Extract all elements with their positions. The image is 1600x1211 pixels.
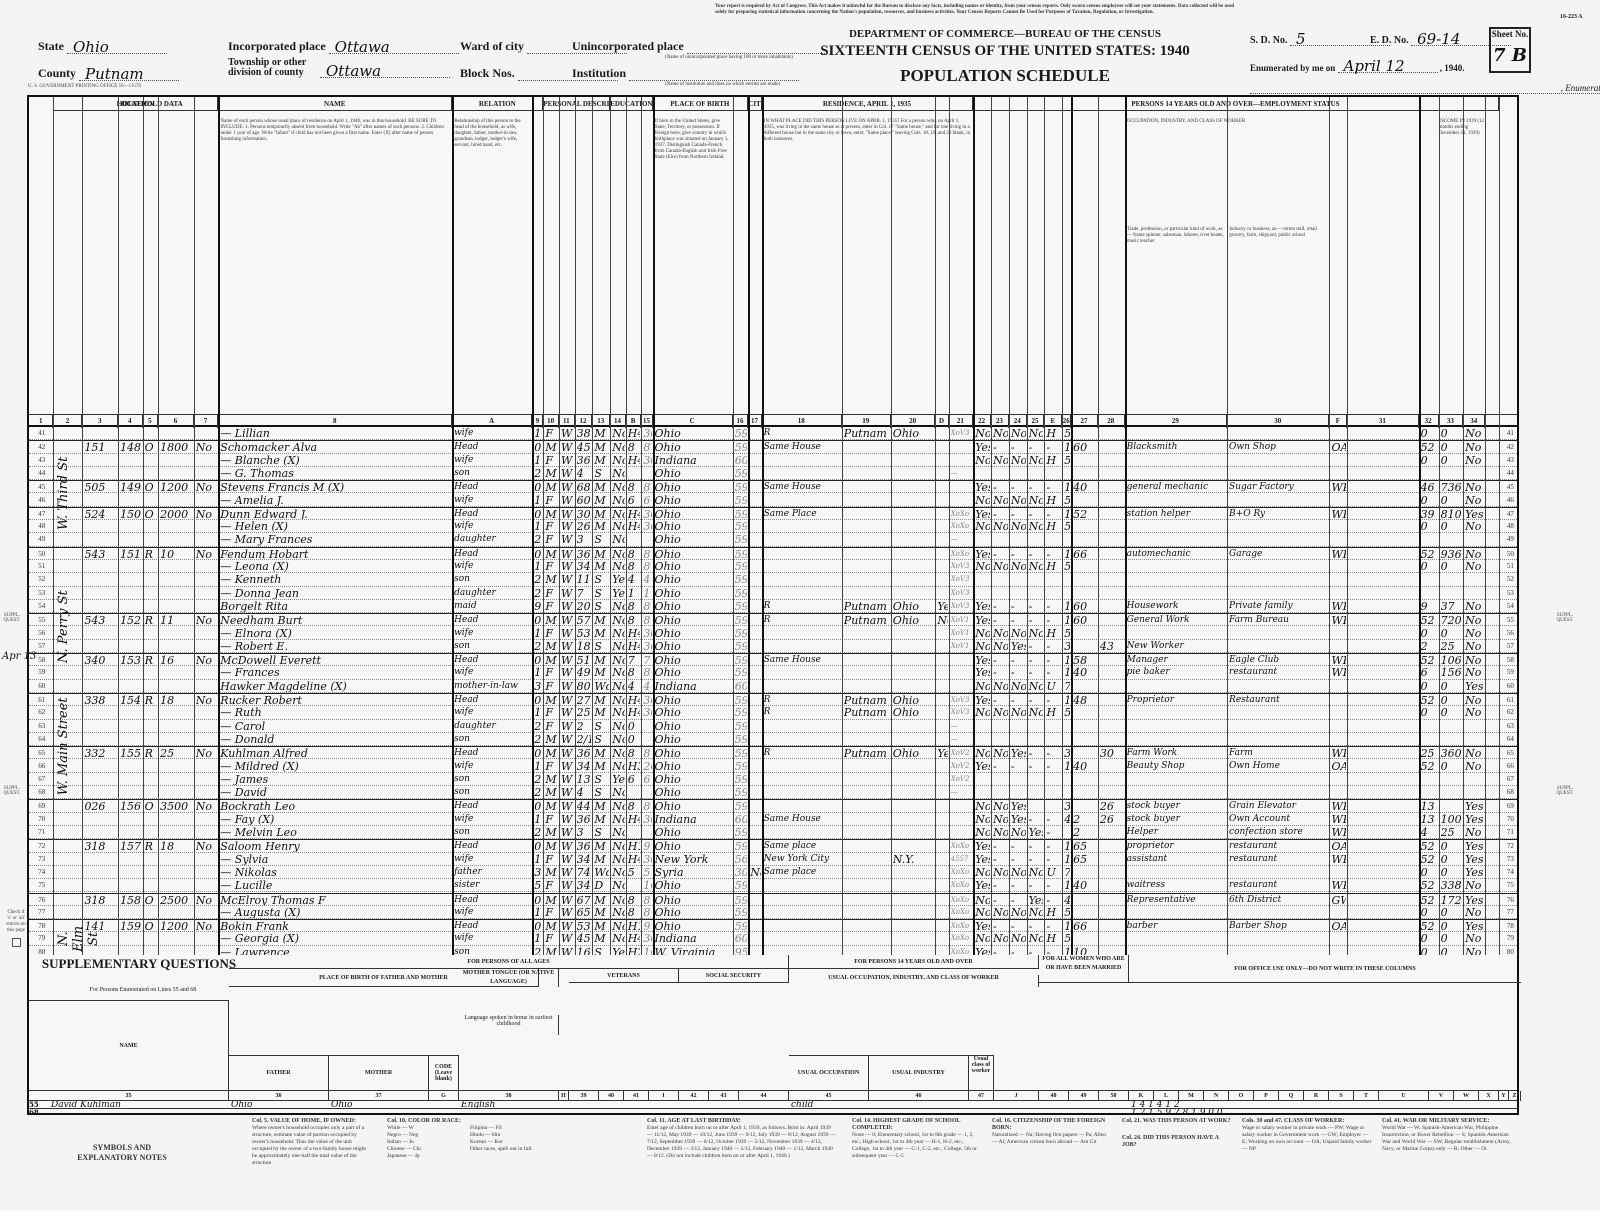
cell-birth: Ohio — [655, 481, 732, 492]
cell-birth: Ohio — [655, 906, 732, 918]
cell-name: — Amelia J. — [220, 494, 451, 506]
cell-sch: No — [612, 441, 625, 452]
cell-code: 3 — [534, 866, 542, 878]
cell-sch: No — [612, 467, 625, 479]
cell-c22: - — [993, 508, 1008, 519]
cell-grade: 6 — [628, 773, 641, 785]
cell-d: XoXo — [951, 866, 972, 878]
line-number: 61 — [1501, 694, 1520, 705]
cell-c26: 48 — [1073, 694, 1097, 705]
grid-line — [1419, 97, 1421, 955]
cell-res17: R — [764, 706, 841, 718]
cell-c23: No — [1011, 906, 1026, 918]
supplementary-line-tag: SUPPL. QUEST. — [1555, 613, 1575, 623]
cell-code: 0 — [534, 840, 542, 851]
cell-sex: M — [545, 441, 558, 452]
cell-race: W — [561, 508, 574, 519]
cell-c31: 0 — [1421, 866, 1438, 878]
cell-c25: - — [1046, 694, 1061, 705]
cell-c22: - — [993, 481, 1008, 492]
cell-sex: F — [545, 760, 558, 772]
cell-e: 1 — [1064, 920, 1070, 931]
street-name-label: N. Perry St — [56, 560, 71, 693]
cell-race: W — [561, 573, 574, 585]
grid-line — [626, 97, 627, 955]
cell-ms: M — [594, 747, 609, 758]
cell-c32: 0 — [1441, 560, 1462, 572]
line-number: 73 — [31, 853, 52, 865]
line-number: 50 — [31, 548, 52, 559]
supplementary-line-tag: SUPPL. QUEST. — [2, 613, 22, 623]
cell-age: 36 — [577, 840, 592, 851]
line-number: 54 — [31, 600, 52, 612]
cell-age: 45 — [577, 932, 592, 944]
cell-c33: No — [1465, 600, 1484, 612]
line-number: 42 — [31, 441, 52, 452]
cell-sch: No — [612, 786, 625, 798]
cell-name: Hawker Magdeline (X) — [220, 680, 451, 692]
line-number: 41 — [1501, 427, 1520, 439]
cell-sex: M — [545, 548, 558, 559]
cell-d: XoV3 — [951, 573, 972, 585]
cell-sch: No — [612, 548, 625, 559]
cell-ms: M — [594, 800, 609, 811]
grid-line — [733, 97, 734, 955]
cell-age: 45 — [577, 441, 592, 452]
cell-race: W — [561, 614, 574, 625]
cell-res17: R — [764, 600, 841, 612]
cell-age: 2/12 — [577, 733, 592, 745]
cell-d: XoV3 — [951, 560, 972, 572]
industry-examples: Industry or business, as— cotton mill, r… — [1229, 227, 1329, 239]
cell-c21: Yes — [975, 920, 990, 931]
supp-mother-header: MOTHER — [329, 1055, 429, 1090]
cell-age: 36 — [577, 454, 592, 466]
cell-val: 1800 — [160, 441, 193, 452]
cell-ind: Own Account — [1229, 813, 1328, 825]
cell-cc: 59 — [735, 800, 748, 811]
cell-rel: wife — [454, 813, 531, 825]
cell-c25: U — [1046, 680, 1061, 692]
cell-d: XoV3 — [951, 706, 972, 718]
cell-c33: No — [1465, 694, 1484, 705]
cell-birth: Ohio — [655, 520, 732, 532]
cell-d: XoXo — [951, 920, 972, 931]
cell-sex: F — [545, 720, 558, 732]
cell-cc: 59 — [735, 640, 748, 652]
cell-sch: No — [612, 733, 625, 745]
race-code-item: Chinese — Chi — [387, 1146, 464, 1153]
township-field: Ottawa — [320, 62, 450, 78]
cell-age: 34 — [577, 560, 592, 572]
race-code-item: Other races, spell out in full. — [470, 1146, 547, 1153]
cell-grade: 8 — [628, 894, 641, 905]
cell-c31: 0 — [1421, 454, 1438, 466]
note-col10-header: Col. 10. COLOR OR RACE: — [387, 1118, 547, 1125]
note-col10-list: White — WNegro — NegIndian — InChinese —… — [387, 1125, 547, 1160]
cell-own: R — [145, 747, 158, 758]
enumerated-year: , 1940. — [1440, 63, 1465, 73]
cell-c23: - — [1011, 694, 1026, 705]
cell-sex: F — [545, 600, 558, 612]
cell-res19: Ohio — [893, 747, 935, 758]
cell-occ: Housework — [1127, 600, 1226, 612]
cell-res20: No — [937, 614, 947, 625]
cell-c21: No — [975, 813, 990, 825]
cell-ms: S — [594, 600, 609, 612]
incorporated-place-field: Incorporated place Ottawa — [228, 38, 459, 54]
line-number: 73 — [1501, 853, 1520, 865]
cell-code: 1 — [534, 427, 542, 439]
cell-c24: - — [1029, 441, 1044, 452]
cell-cc: 59 — [735, 467, 748, 479]
cell-c26: 2 — [1073, 813, 1097, 825]
cell-c21: No — [975, 894, 990, 905]
cell-house: 505 — [84, 481, 117, 492]
grid-line — [1098, 97, 1099, 955]
cell-c22: No — [993, 906, 1008, 918]
cell-d: XoXo — [951, 840, 972, 851]
cell-c33: No — [1465, 654, 1484, 665]
form-titles: DEPARTMENT OF COMMERCE—BUREAU OF THE CEN… — [820, 28, 1190, 86]
cell-c26: 40 — [1073, 879, 1097, 891]
cell-code: 0 — [534, 747, 542, 758]
table-row: 61338154R18NoRucker RobertHead0MW27MNoH4… — [29, 693, 1517, 706]
cell-code: 2 — [534, 587, 542, 599]
cell-rel: father — [454, 866, 531, 878]
cell-c33: No — [1465, 826, 1484, 838]
grid-line — [1027, 97, 1028, 955]
cell-sex: M — [545, 640, 558, 652]
cell-birth: Ohio — [655, 427, 732, 439]
cell-c23: - — [1011, 879, 1026, 891]
cell-grade: 8 — [628, 481, 641, 492]
block-label: Block Nos. — [460, 66, 515, 80]
cell-c26: 40 — [1073, 666, 1097, 678]
cell-grade: 1 — [628, 587, 641, 599]
cell-bc: 30 — [643, 640, 651, 652]
cell-c21: No — [975, 706, 990, 718]
cell-c22: - — [993, 666, 1008, 678]
cell-ind: Eagle Club — [1229, 654, 1328, 665]
cell-c23: - — [1011, 481, 1026, 492]
cell-c33: No — [1465, 666, 1484, 678]
cell-name: — Helen (X) — [220, 520, 451, 532]
cell-c23: - — [1011, 614, 1026, 625]
line-number: 62 — [1501, 706, 1520, 718]
cell-age: 68 — [577, 481, 592, 492]
cell-rel: son — [454, 573, 531, 585]
cell-sex: M — [545, 773, 558, 785]
note-col30: Cols. 30 and 47. CLASS OF WORKER: Wage o… — [1242, 1118, 1372, 1153]
grid-line — [1125, 97, 1127, 955]
cell-rel: wife — [454, 853, 531, 865]
cell-ms: M — [594, 427, 609, 439]
cell-ms: M — [594, 932, 609, 944]
cell-birth: Ohio — [655, 467, 732, 479]
cell-c31: 39 — [1421, 508, 1438, 519]
cell-grade: 4 — [628, 680, 641, 692]
cell-age: 13 — [577, 773, 592, 785]
cell-c24: No — [1029, 627, 1044, 639]
cell-c26: 60 — [1073, 614, 1097, 625]
cell-race: W — [561, 920, 574, 931]
grid-line — [1044, 97, 1045, 955]
cell-c23: - — [1011, 920, 1026, 931]
cell-val: 1200 — [160, 481, 193, 492]
cell-res17: Same place — [764, 866, 841, 878]
cell-age: 49 — [577, 666, 592, 678]
cell-sch: No — [612, 640, 625, 652]
cell-cc: 59 — [735, 706, 748, 718]
cell-res18: Putnam — [844, 706, 890, 718]
note-col5-text: Where owner's household occupies only a … — [252, 1125, 372, 1167]
cell-sex: F — [545, 494, 558, 506]
line-number: 68 — [31, 786, 52, 798]
cell-age: 38 — [577, 427, 592, 439]
cell-c32: 338 — [1441, 879, 1462, 891]
cell-code: 1 — [534, 760, 542, 772]
cell-bc: 20 — [643, 760, 651, 772]
cell-c23: - — [1011, 600, 1026, 612]
cell-own: R — [145, 694, 158, 705]
cell-name: Borgelt Rita — [220, 600, 451, 612]
cell-hh: 159 — [120, 920, 141, 931]
cell-c31: 13 — [1421, 813, 1438, 825]
cell-race: W — [561, 481, 574, 492]
cell-cc: 59 — [735, 694, 748, 705]
grid-line — [532, 97, 534, 955]
cell-race: W — [561, 680, 574, 692]
name-column-note: Name of each person whose usual place of… — [221, 119, 449, 143]
cell-c32: 0 — [1441, 760, 1462, 772]
cell-sex: F — [545, 533, 558, 545]
cell-code: 0 — [534, 614, 542, 625]
cell-code: 0 — [534, 654, 542, 665]
cell-cls: WP — [1331, 826, 1346, 838]
cell-hh: 152 — [120, 614, 141, 625]
cell-ms: M — [594, 614, 609, 625]
cell-grade: 8 — [628, 548, 641, 559]
occupation-column-note: OCCUPATION, INDUSTRY, AND CLASS OF WORKE… — [1127, 119, 1345, 125]
cell-sch: No — [612, 533, 625, 545]
cell-sch: No — [612, 427, 625, 439]
cell-c22: No — [993, 627, 1008, 639]
income-column-note: INCOME IN 1939 (12 months ending Decembe… — [1439, 119, 1486, 137]
cell-res18: Putnam — [844, 614, 890, 625]
cell-c25: - — [1046, 813, 1061, 825]
cell-rel: wife — [454, 454, 531, 466]
cell-cc: 59 — [735, 666, 748, 678]
cell-c21: Yes — [975, 853, 990, 865]
supp-women-header: FOR ALL WOMEN WHO ARE OR HAVE BEEN MARRI… — [1039, 955, 1129, 983]
cell-c32: 0 — [1441, 627, 1462, 639]
cell-c26: 66 — [1073, 920, 1097, 931]
cell-c32: 156 — [1441, 666, 1462, 678]
cell-grade: H4 — [628, 520, 641, 532]
table-row: 47524150O2000NoDunn Edward J.Head0MW30MN… — [29, 507, 1517, 520]
cell-birth: Ohio — [655, 920, 732, 931]
note-col14-text: None — 0; Elementary school, 1st to 8th … — [852, 1132, 982, 1160]
cell-c25: - — [1046, 600, 1061, 612]
cell-c31: 0 — [1421, 427, 1438, 439]
cell-hh: 156 — [120, 800, 141, 811]
cell-ind: Private family — [1229, 600, 1328, 612]
cell-code: 2 — [534, 467, 542, 479]
cell-e: 1 — [1064, 694, 1070, 705]
cell-name: — Mary Frances — [220, 533, 451, 545]
cell-sch: No — [612, 894, 625, 905]
cell-grade: H1 — [628, 920, 641, 931]
cell-d: XoXo — [951, 894, 972, 905]
cell-c24: No — [1029, 706, 1044, 718]
grid-line — [1062, 97, 1063, 955]
cell-c32: 0 — [1441, 906, 1462, 918]
supplementary-subtitle: For Persons Enumerated on Lines 55 and 6… — [33, 987, 253, 993]
schedule-title: POPULATION SCHEDULE — [820, 66, 1190, 86]
line-number: 68 — [1501, 786, 1520, 798]
cell-ms: D — [594, 879, 609, 891]
cell-c33: Yes — [1465, 866, 1484, 878]
line-number: 54 — [1501, 600, 1520, 612]
line-number: 71 — [31, 826, 52, 838]
line-number: 50 — [1501, 548, 1520, 559]
grid-line — [1347, 97, 1348, 955]
cell-e: 4 — [1064, 813, 1070, 825]
line-number: 55 — [31, 614, 52, 625]
cell-val: 1200 — [160, 920, 193, 931]
cell-rel: Head — [454, 441, 531, 452]
table-row: 77— Augusta (X)wife1FW65MNo88Ohio59XoXoN… — [29, 906, 1517, 919]
cell-c24: No — [1029, 494, 1044, 506]
unincorporated-note: (Name of unincorporated place having 100… — [665, 55, 793, 60]
cell-c22: - — [993, 654, 1008, 665]
cell-sex: F — [545, 520, 558, 532]
cell-c24: No — [1029, 932, 1044, 944]
cell-c32: 0 — [1441, 853, 1462, 865]
cell-sch: No — [612, 853, 625, 865]
cell-c27: 26 — [1100, 800, 1124, 811]
cell-sex: M — [545, 920, 558, 931]
grid-line — [1439, 97, 1440, 955]
cell-c33: No — [1465, 441, 1484, 452]
cell-farm: No — [196, 654, 217, 665]
cell-rel: son — [454, 826, 531, 838]
cell-c24: - — [1029, 600, 1044, 612]
grid-line — [949, 97, 950, 955]
cell-age: 67 — [577, 894, 592, 905]
cell-c25: H — [1046, 932, 1061, 944]
sheet-label: Sheet No. — [1492, 29, 1529, 39]
cell-code: 2 — [534, 573, 542, 585]
cell-age: 53 — [577, 627, 592, 639]
cell-bc: 30 — [643, 520, 651, 532]
cell-age: 60 — [577, 494, 592, 506]
supplementary-line-tag: SUPPL. QUEST. — [1555, 786, 1575, 796]
cell-c32: 0 — [1441, 520, 1462, 532]
cell-farm: No — [196, 694, 217, 705]
cell-name: — Frances — [220, 666, 451, 678]
cell-sex: F — [545, 706, 558, 718]
table-row: 44— G. Thomasson2MW4SNoOhio59—44 — [29, 467, 1517, 480]
cell-c23: Yes — [1011, 800, 1026, 811]
cell-e: 1 — [1064, 853, 1070, 865]
cell-c22: No — [993, 866, 1008, 878]
side-check-box[interactable] — [12, 938, 21, 947]
cell-birth: Ohio — [655, 640, 732, 652]
line-number: 76 — [1501, 894, 1520, 905]
relation-column-note: Relationship of this person to the head … — [454, 119, 530, 149]
cell-house: 332 — [84, 747, 117, 758]
incorporated-label: Incorporated place — [228, 39, 326, 53]
cell-cls: WP — [1331, 853, 1346, 865]
grid-line — [1227, 97, 1228, 955]
cell-cc: 59 — [735, 920, 748, 931]
cell-ind: Own Home — [1229, 760, 1328, 772]
supp-cell-line: 68 — [29, 1109, 49, 1117]
cell-cls: WP — [1331, 614, 1346, 625]
supp-column-number-row: 353637G38H394041I424344454647J484950KLMN… — [29, 1090, 1517, 1100]
cell-d: XoXo — [951, 879, 972, 891]
cell-grade: 4 — [628, 573, 641, 585]
cell-e: 5 — [1064, 454, 1070, 466]
cell-grade: H4 — [628, 706, 641, 718]
line-number: 60 — [1501, 680, 1520, 692]
cell-c26: 40 — [1073, 481, 1097, 492]
cell-sch: No — [612, 560, 625, 572]
table-row: 48— Helen (X)wife1FW26MNoH430Ohio59XoXoN… — [29, 520, 1517, 533]
department-title: DEPARTMENT OF COMMERCE—BUREAU OF THE CEN… — [820, 28, 1190, 40]
line-number: 49 — [31, 533, 52, 545]
cell-c24: - — [1029, 920, 1044, 931]
cell-c24: - — [1029, 548, 1044, 559]
cell-ind: 6th District — [1229, 894, 1328, 905]
line-number: 53 — [1501, 587, 1520, 599]
column-group-header: PLACE OF BIRTH — [653, 97, 749, 111]
cell-birth: Indiana — [655, 454, 732, 466]
cell-e: 5 — [1064, 427, 1070, 439]
cell-e: 1 — [1064, 614, 1070, 625]
cell-ms: S — [594, 720, 609, 732]
line-number: 41 — [31, 427, 52, 439]
line-number: 47 — [31, 508, 52, 519]
cell-c32: 1728 — [1441, 894, 1462, 905]
cell-e: 5 — [1064, 906, 1070, 918]
cell-c32: 0 — [1441, 680, 1462, 692]
cell-c22: No — [993, 932, 1008, 944]
cell-grade: H4 — [628, 853, 641, 865]
cell-sex: F — [545, 560, 558, 572]
cell-rel: wife — [454, 494, 531, 506]
cell-c24: No — [1029, 906, 1044, 918]
cell-farm: No — [196, 481, 217, 492]
cell-hh: 154 — [120, 694, 141, 705]
cell-c24: No — [1029, 866, 1044, 878]
cell-d: XoXo — [951, 520, 972, 532]
cell-c31: 0 — [1421, 706, 1438, 718]
cell-rel: Head — [454, 614, 531, 625]
cell-code: 1 — [534, 627, 542, 639]
cell-sex: M — [545, 694, 558, 705]
cell-code: 0 — [534, 920, 542, 931]
cell-c27: 43 — [1100, 640, 1124, 652]
cell-d: — — [951, 467, 972, 479]
cell-grade: 0 — [628, 720, 641, 732]
cell-name: — Elnora (X) — [220, 627, 451, 639]
grid-line — [118, 97, 119, 955]
institution-field: Institution — [572, 65, 799, 81]
line-number: 45 — [1501, 481, 1520, 492]
